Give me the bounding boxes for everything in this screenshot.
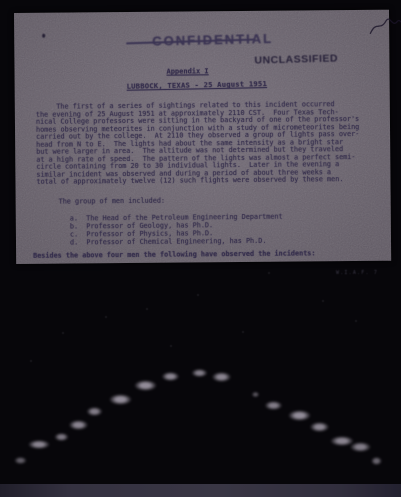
light-blob: [210, 371, 233, 383]
light-blob: [190, 368, 209, 378]
witness-list-item: d. Professor of Chemical Engineering, ha…: [70, 237, 283, 247]
light-blob: [85, 406, 104, 417]
light-blob: [308, 421, 331, 433]
light-blob: [263, 400, 284, 411]
handwritten-scribble: [364, 12, 401, 42]
ink-speck: [42, 34, 45, 38]
document-title: LUBBOCK, TEXAS - 25 August 1951: [127, 79, 268, 91]
film-speck: [242, 331, 244, 333]
light-blob: [286, 409, 313, 422]
light-blob: [370, 456, 383, 466]
witness-list: a. The Head of the Petroleum Engineering…: [70, 213, 283, 247]
film-speck: [30, 360, 32, 362]
light-blob: [251, 391, 260, 398]
film-speck: [322, 300, 324, 302]
light-blob: [160, 371, 181, 382]
film-speck: [105, 316, 107, 318]
group-intro-line: The group of men included:: [59, 197, 165, 206]
light-blob: [107, 393, 134, 406]
appendix-label: Appendix I: [166, 67, 208, 75]
unclassified-stamp: UNCLASSIFIED: [254, 52, 338, 66]
light-blob: [67, 419, 90, 431]
film-speck: [62, 332, 64, 334]
film-speck: [268, 272, 270, 274]
film-speck: [197, 294, 199, 296]
light-blob: [13, 456, 28, 465]
document-photo: CONFIDENTIAL UNCLASSIFIED Appendix I LUB…: [14, 10, 391, 264]
closing-line: Besides the above four men the following…: [33, 249, 315, 259]
bottom-film-band: [0, 484, 401, 497]
film-speck: [170, 345, 172, 347]
body-paragraph: The first of a series of sightings relat…: [36, 101, 360, 187]
typed-line: total of approximately twelve (12) such …: [36, 176, 359, 186]
light-blob: [26, 439, 52, 450]
light-blob: [348, 441, 373, 453]
film-speck: [146, 308, 148, 310]
faint-photo-caption: W.I.A.F. 7: [336, 270, 378, 276]
light-blob: [53, 432, 70, 442]
film-slide-frame: CONFIDENTIAL UNCLASSIFIED Appendix I LUB…: [0, 0, 401, 497]
film-speck: [355, 320, 357, 322]
light-blob: [132, 379, 159, 392]
